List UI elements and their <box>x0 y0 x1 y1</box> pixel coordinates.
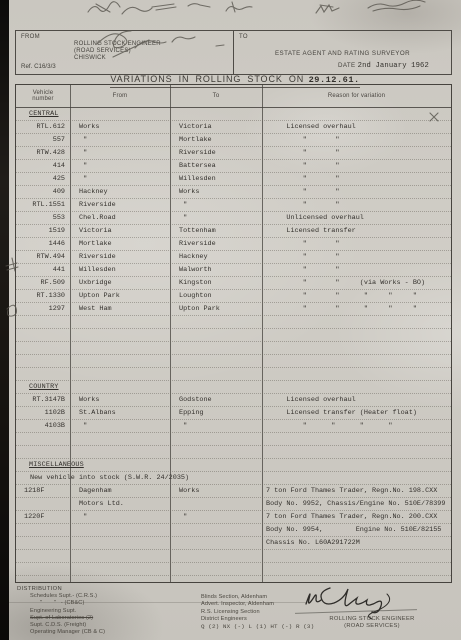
table-cell: Godstone <box>170 394 262 407</box>
distribution-list-left: Schedules Supt.- (C.R.S.) " " - (CB&C)En… <box>30 593 105 637</box>
table-cell: " <box>70 511 170 524</box>
distribution-item: Supt. of Laboratories (2) <box>30 615 105 622</box>
header-to: To <box>170 85 262 107</box>
table-cell: Loughton <box>170 290 262 303</box>
distribution-block: DISTRIBUTION Schedules Supt.- (C.R.S.) "… <box>9 585 461 640</box>
distribution-label: DISTRIBUTION <box>17 586 62 592</box>
table-cell: Motors Ltd. <box>70 498 170 511</box>
table-row: RTW.428 "Riverside " " <box>16 147 451 160</box>
section-row: CENTRAL <box>16 108 451 121</box>
table-cell: RT.3147B <box>16 394 70 407</box>
sender-line: CHISWICK <box>74 55 161 62</box>
table-cell: 553 <box>16 212 70 225</box>
table-cell: " " <box>262 134 451 147</box>
table-row: 441WillesdenWalworth " " <box>16 264 451 277</box>
table-row: RT.3147BWorksGodstone Licensed overhaul <box>16 394 451 407</box>
distribution-item: Blinds Section, Aldenham <box>201 594 314 601</box>
table-row: Motors Ltd.Body No. 9952, Chassis/Engine… <box>16 498 451 511</box>
table-cell: 441 <box>16 264 70 277</box>
table-row: Chassis No. L60A291722M <box>16 537 451 550</box>
distribution-item: Supt. C.D.S. (Freight) <box>30 622 105 629</box>
variations-table: Vehicle number From To Reason for variat… <box>15 84 452 583</box>
blank-row <box>16 563 451 576</box>
table-cell: " " <box>262 173 451 186</box>
table-cell: Licensed transfer <box>262 225 451 238</box>
to-label: TO <box>239 34 248 40</box>
document-page: FROM ROLLING STOCK ENGINEER (ROAD SERVIC… <box>9 0 461 640</box>
table-cell: " " <box>262 186 451 199</box>
table-cell: Body No. 9954, Engine No. 510E/82155 <box>262 524 451 537</box>
table-cell: Willesden <box>70 264 170 277</box>
distribution-item: Operating Manager (CB & C) <box>30 629 105 636</box>
table-cell: Licensed overhaul <box>262 121 451 134</box>
table-row: 1220F " "7 ton Ford Thames Trader, Regn.… <box>16 511 451 524</box>
distribution-item: Engineering Supt. <box>30 608 105 615</box>
table-cell: 425 <box>16 173 70 186</box>
table-cell: 1102B <box>16 407 70 420</box>
table-cell: Victoria <box>70 225 170 238</box>
table-cell: Works <box>70 394 170 407</box>
table-cell: West Ham <box>70 303 170 316</box>
table-cell: RT.1330 <box>16 290 70 303</box>
table-cell: 1220F <box>16 511 70 524</box>
table-header: Vehicle number From To Reason for variat… <box>16 85 451 108</box>
table-cell: " <box>170 199 262 212</box>
table-row: 1446MortlakeRiverside " " <box>16 238 451 251</box>
table-cell: Riverside <box>170 238 262 251</box>
table-row: 557 "Mortlake " " <box>16 134 451 147</box>
table-row: 1519VictoriaTottenham Licensed transfer <box>16 225 451 238</box>
table-cell: Upton Park <box>70 290 170 303</box>
table-cell: Chassis No. L60A291722M <box>262 537 451 550</box>
table-cell: RTW.494 <box>16 251 70 264</box>
table-row: RTW.494RiversideHackney " " <box>16 251 451 264</box>
table-cell: 7 ton Ford Thames Trader, Regn.No. 200.C… <box>262 511 451 524</box>
distribution-item: Schedules Supt.- (C.R.S.) <box>30 593 105 600</box>
blank-row <box>16 355 451 368</box>
table-cell: 1519 <box>16 225 70 238</box>
table-cell: Works <box>70 121 170 134</box>
table-cell: Works <box>170 186 262 199</box>
table-cell: " <box>70 160 170 173</box>
table-cell: RF.509 <box>16 277 70 290</box>
table-cell: RTL.1551 <box>16 199 70 212</box>
table-cell: " " <box>262 160 451 173</box>
table-cell: 7 ton Ford Thames Trader, Regn.No. 198.C… <box>262 485 451 498</box>
table-cell: 1218F <box>16 485 70 498</box>
distribution-code: Q (2) NX (-) L (1) HT (-) R (3) <box>201 623 314 630</box>
table-row: 1297West HamUpton Park " " " " " <box>16 303 451 316</box>
table-row: 553Chel.Road " Unlicensed overhaul <box>16 212 451 225</box>
section-label: CENTRAL <box>29 110 59 118</box>
table-row: 1218FDagenhamWorks7 ton Ford Thames Trad… <box>16 485 451 498</box>
table-cell: " " (via Works - BO) <box>262 277 451 290</box>
table-cell: Victoria <box>170 121 262 134</box>
table-cell: " " <box>262 264 451 277</box>
table-cell: " <box>70 173 170 186</box>
table-cell: " " <box>262 238 451 251</box>
table-cell: " " <box>262 251 451 264</box>
section-row: COUNTRY <box>16 381 451 394</box>
table-cell: Hackney <box>70 186 170 199</box>
header-vehicle-number: Vehicle number <box>16 85 70 107</box>
table-cell: " " " " " <box>262 290 451 303</box>
blank-row <box>16 316 451 329</box>
table-cell: " " <box>262 147 451 160</box>
blank-row <box>16 550 451 563</box>
table-row: RT.1330Upton ParkLoughton " " " " " <box>16 290 451 303</box>
blank-row <box>16 433 451 446</box>
header-text: number <box>16 96 70 103</box>
table-cell: Licensed overhaul <box>262 394 451 407</box>
table-cell: Tottenham <box>170 225 262 238</box>
table-cell: Riverside <box>70 251 170 264</box>
blank-row <box>16 446 451 459</box>
table-cell: Body No. 9952, Chassis/Engine No. 510E/7… <box>262 498 451 511</box>
section-label: MISCELLANEOUS <box>29 461 84 469</box>
table-cell: St.Albans <box>70 407 170 420</box>
signatory-line: ROLLING STOCK ENGINEER <box>302 616 442 623</box>
table-cell: Riverside <box>70 199 170 212</box>
distribution-item: Advert. Inspector, Aldenham <box>201 601 314 608</box>
header-text: To <box>170 93 262 100</box>
table-row: Body No. 9954, Engine No. 510E/82155 <box>16 524 451 537</box>
table-cell: Kingston <box>170 277 262 290</box>
table-cell: Willesden <box>170 173 262 186</box>
table-cell: Mortlake <box>170 134 262 147</box>
table-cell: Riverside <box>170 147 262 160</box>
table-row: RTL.1551Riverside " " " <box>16 199 451 212</box>
table-cell: " <box>70 134 170 147</box>
section-label: COUNTRY <box>29 383 59 391</box>
blank-row <box>16 342 451 355</box>
table-cell: Mortlake <box>70 238 170 251</box>
distribution-item: District Engineers <box>201 616 314 623</box>
table-cell: 409 <box>16 186 70 199</box>
note-text: New vehicle into stock (S.W.R. 24/2035) <box>30 474 189 482</box>
table-cell: 1446 <box>16 238 70 251</box>
table-row: RF.509UxbridgeKingston " " (via Works - … <box>16 277 451 290</box>
table-cell: RTL.612 <box>16 121 70 134</box>
table-cell: " <box>170 212 262 225</box>
form-header-from: FROM ROLLING STOCK ENGINEER (ROAD SERVIC… <box>16 31 234 74</box>
table-cell: " " " " " <box>262 303 451 316</box>
blank-row <box>16 368 451 381</box>
form-header-to: TO ESTATE AGENT AND RATING SURVEYOR DATE… <box>234 31 451 74</box>
header-reason: Reason for variation <box>262 85 451 107</box>
table-cell: Dagenham <box>70 485 170 498</box>
table-cell: Upton Park <box>170 303 262 316</box>
table-cell: 414 <box>16 160 70 173</box>
page-title-text: VARIATIONS IN ROLLING STOCK ON <box>110 74 304 84</box>
table-cell: Licensed transfer (Heater float) <box>262 407 451 420</box>
table-cell: " <box>70 147 170 160</box>
table-body: CENTRALRTL.612WorksVictoria Licensed ove… <box>16 108 451 583</box>
signatory-line: (ROAD SERVICES) <box>302 623 442 630</box>
table-cell: " <box>70 420 170 433</box>
distribution-item: " " - (CB&C) <box>30 600 105 607</box>
table-cell: 4103B <box>16 420 70 433</box>
blank-row <box>16 329 451 342</box>
recipient: ESTATE AGENT AND RATING SURVEYOR <box>234 50 451 57</box>
table-cell: Unlicensed overhaul <box>262 212 451 225</box>
table-cell: 557 <box>16 134 70 147</box>
table-cell: Epping <box>170 407 262 420</box>
section-row: MISCELLANEOUS <box>16 459 451 472</box>
table-cell: Chel.Road <box>70 212 170 225</box>
header-from: From <box>70 85 170 107</box>
header-text: Reason for variation <box>262 93 451 100</box>
signatory-title: ROLLING STOCK ENGINEER (ROAD SERVICES) <box>302 616 442 630</box>
table-cell: Hackney <box>170 251 262 264</box>
table-row: 409HackneyWorks " " <box>16 186 451 199</box>
table-cell: Battersea <box>170 160 262 173</box>
blank-row <box>16 576 451 583</box>
date-label: DATE <box>338 62 356 69</box>
table-row: RTL.612WorksVictoria Licensed overhaul <box>16 121 451 134</box>
table-cell: Walworth <box>170 264 262 277</box>
header-text: From <box>70 93 170 100</box>
table-cell: " " <box>262 199 451 212</box>
sender-line: (ROAD SERVICES) <box>74 48 161 55</box>
note-row: New vehicle into stock (S.W.R. 24/2035) <box>16 472 451 485</box>
table-row: 414 "Battersea " " <box>16 160 451 173</box>
table-cell: " <box>170 420 262 433</box>
table-cell: " " " " <box>262 420 451 433</box>
scan-edge <box>0 0 9 640</box>
table-cell: Uxbridge <box>70 277 170 290</box>
table-row: 4103B " " " " " " <box>16 420 451 433</box>
table-cell: 1297 <box>16 303 70 316</box>
table-row: 425 "Willesden " " <box>16 173 451 186</box>
table-cell: " <box>170 511 262 524</box>
table-cell: Works <box>170 485 262 498</box>
from-label: FROM <box>21 34 40 40</box>
sender-address: ROLLING STOCK ENGINEER (ROAD SERVICES) C… <box>74 41 161 62</box>
table-row: 1102BSt.AlbansEpping Licensed transfer (… <box>16 407 451 420</box>
table-cell: RTW.428 <box>16 147 70 160</box>
sender-line: ROLLING STOCK ENGINEER <box>74 41 161 48</box>
